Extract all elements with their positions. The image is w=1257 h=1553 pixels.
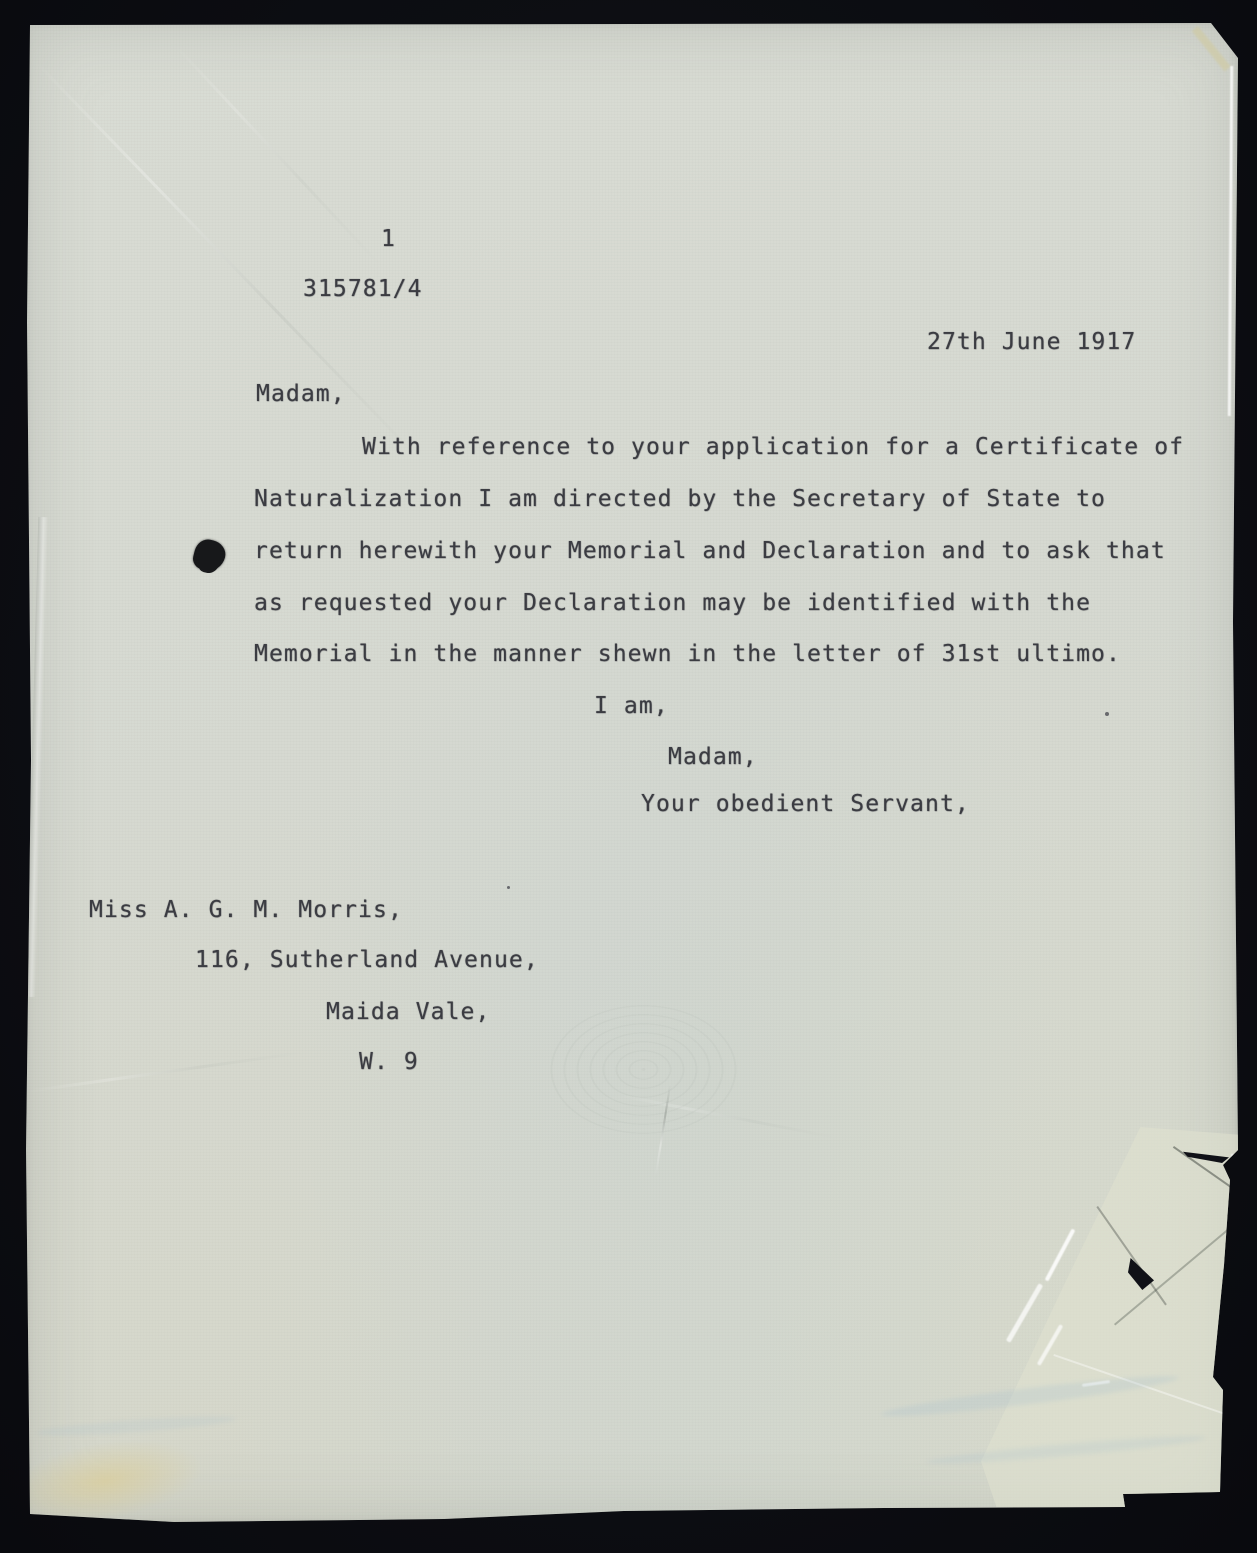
letter-date: 27th June 1917 — [927, 328, 1136, 357]
body-line-2: Naturalization I am directed by the Secr… — [254, 485, 1106, 514]
crease-top-left — [34, 60, 425, 465]
tape-shine-2 — [1006, 1283, 1043, 1343]
tape-stain-bottom-left — [21, 1429, 206, 1530]
body-line-5: Memorial in the manner shewn in the lett… — [254, 640, 1121, 669]
reference-number: 315781/4 — [303, 275, 423, 304]
edge-glint-right-bottom — [1231, 1154, 1234, 1284]
ink-speck-1 — [1105, 712, 1109, 716]
closing-line-2: Madam, — [668, 743, 758, 772]
blue-streak-3 — [36, 1413, 236, 1439]
recipient-address-line-2: Maida Vale, — [326, 998, 490, 1027]
body-line-3: return herewith your Memorial and Declar… — [254, 537, 1166, 566]
folded-corner-tint — [1192, 26, 1231, 71]
ink-blot-hole — [191, 537, 229, 575]
letter-page: 1 315781/4 27th June 1917 Madam, With re… — [26, 22, 1238, 1522]
scan-background: 1 315781/4 27th June 1917 Madam, With re… — [0, 0, 1257, 1553]
embossed-watermark — [546, 1002, 741, 1137]
closing-line-1: I am, — [594, 692, 669, 721]
recipient-name: Miss A. G. M. Morris, — [89, 896, 403, 925]
fold-left-edge — [26, 517, 49, 997]
edge-glint-right-top — [1228, 66, 1233, 416]
salutation: Madam, — [256, 380, 346, 409]
recipient-address-line-1: 116, Sutherland Avenue, — [195, 946, 539, 975]
crease-bottom-left — [26, 1051, 304, 1093]
body-line-4: as requested your Declaration may be ide… — [254, 589, 1091, 618]
crease-top-left-2 — [174, 44, 381, 265]
body-line-1: With reference to your application for a… — [362, 433, 1184, 462]
recipient-address-line-3: W. 9 — [359, 1048, 419, 1077]
closing-line-3: Your obedient Servant, — [641, 790, 970, 819]
page-number: 1 — [381, 225, 396, 254]
ink-speck-2 — [507, 886, 510, 889]
